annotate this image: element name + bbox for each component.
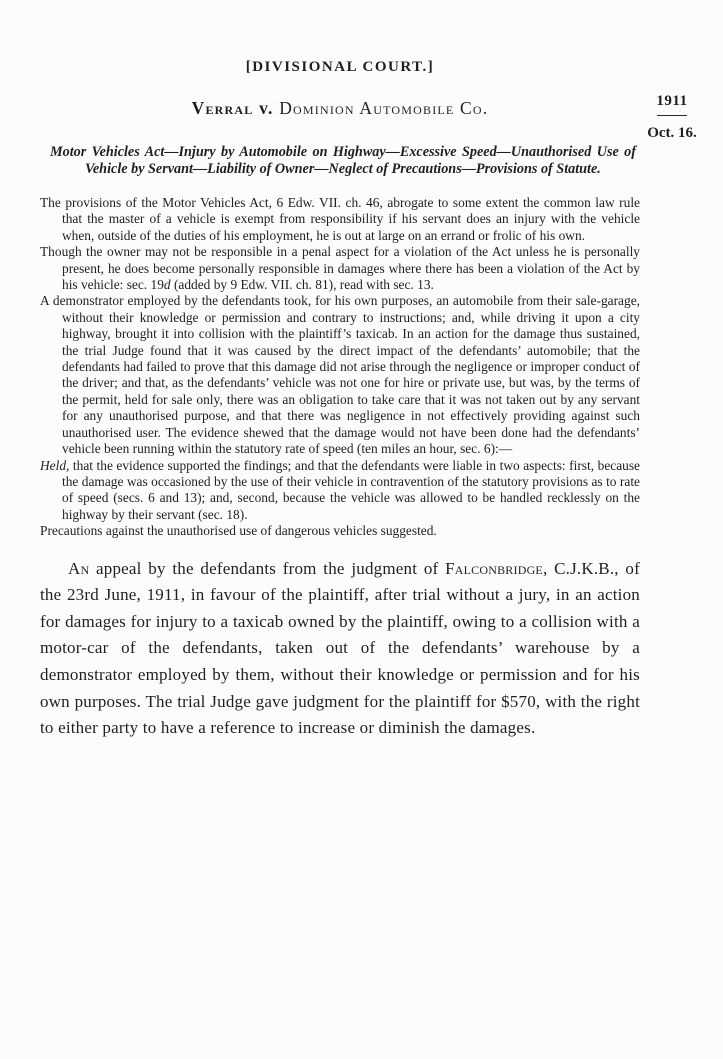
- date-divider-rule: [657, 115, 687, 116]
- body-paragraph: An appeal by the defendants from the jud…: [40, 556, 640, 742]
- headnote-paragraph-3: A demonstrator employed by the defendant…: [40, 293, 640, 457]
- plaintiff-name: Verral: [192, 98, 254, 118]
- main-text-column: [DIVISIONAL COURT.] Verral v. Dominion A…: [40, 0, 640, 742]
- year-label: 1911: [632, 93, 712, 110]
- law-report-page: [DIVISIONAL COURT.] Verral v. Dominion A…: [0, 0, 723, 1059]
- margin-date-block: 1911 Oct. 16.: [632, 93, 712, 142]
- court-heading: [DIVISIONAL COURT.]: [40, 59, 640, 76]
- headnote-paragraph-1: The provisions of the Motor Vehicles Act…: [40, 195, 640, 244]
- headnote: The provisions of the Motor Vehicles Act…: [40, 195, 640, 540]
- defendant-name: Dominion Automobile Co.: [279, 98, 488, 118]
- versus-label: v.: [259, 98, 274, 118]
- headnote-paragraph-2: Though the owner may not be responsible …: [40, 244, 640, 293]
- headnote-catchwords: Motor Vehicles Act—Injury by Automobile …: [40, 144, 640, 178]
- date-label: Oct. 16.: [632, 125, 712, 142]
- case-title: Verral v. Dominion Automobile Co.: [40, 98, 640, 119]
- headnote-paragraph-held: Held, that the evidence supported the fi…: [40, 458, 640, 524]
- headnote-paragraph-precautions: Precautions against the unauthorised use…: [40, 523, 640, 539]
- judgment-body: An appeal by the defendants from the jud…: [40, 556, 640, 742]
